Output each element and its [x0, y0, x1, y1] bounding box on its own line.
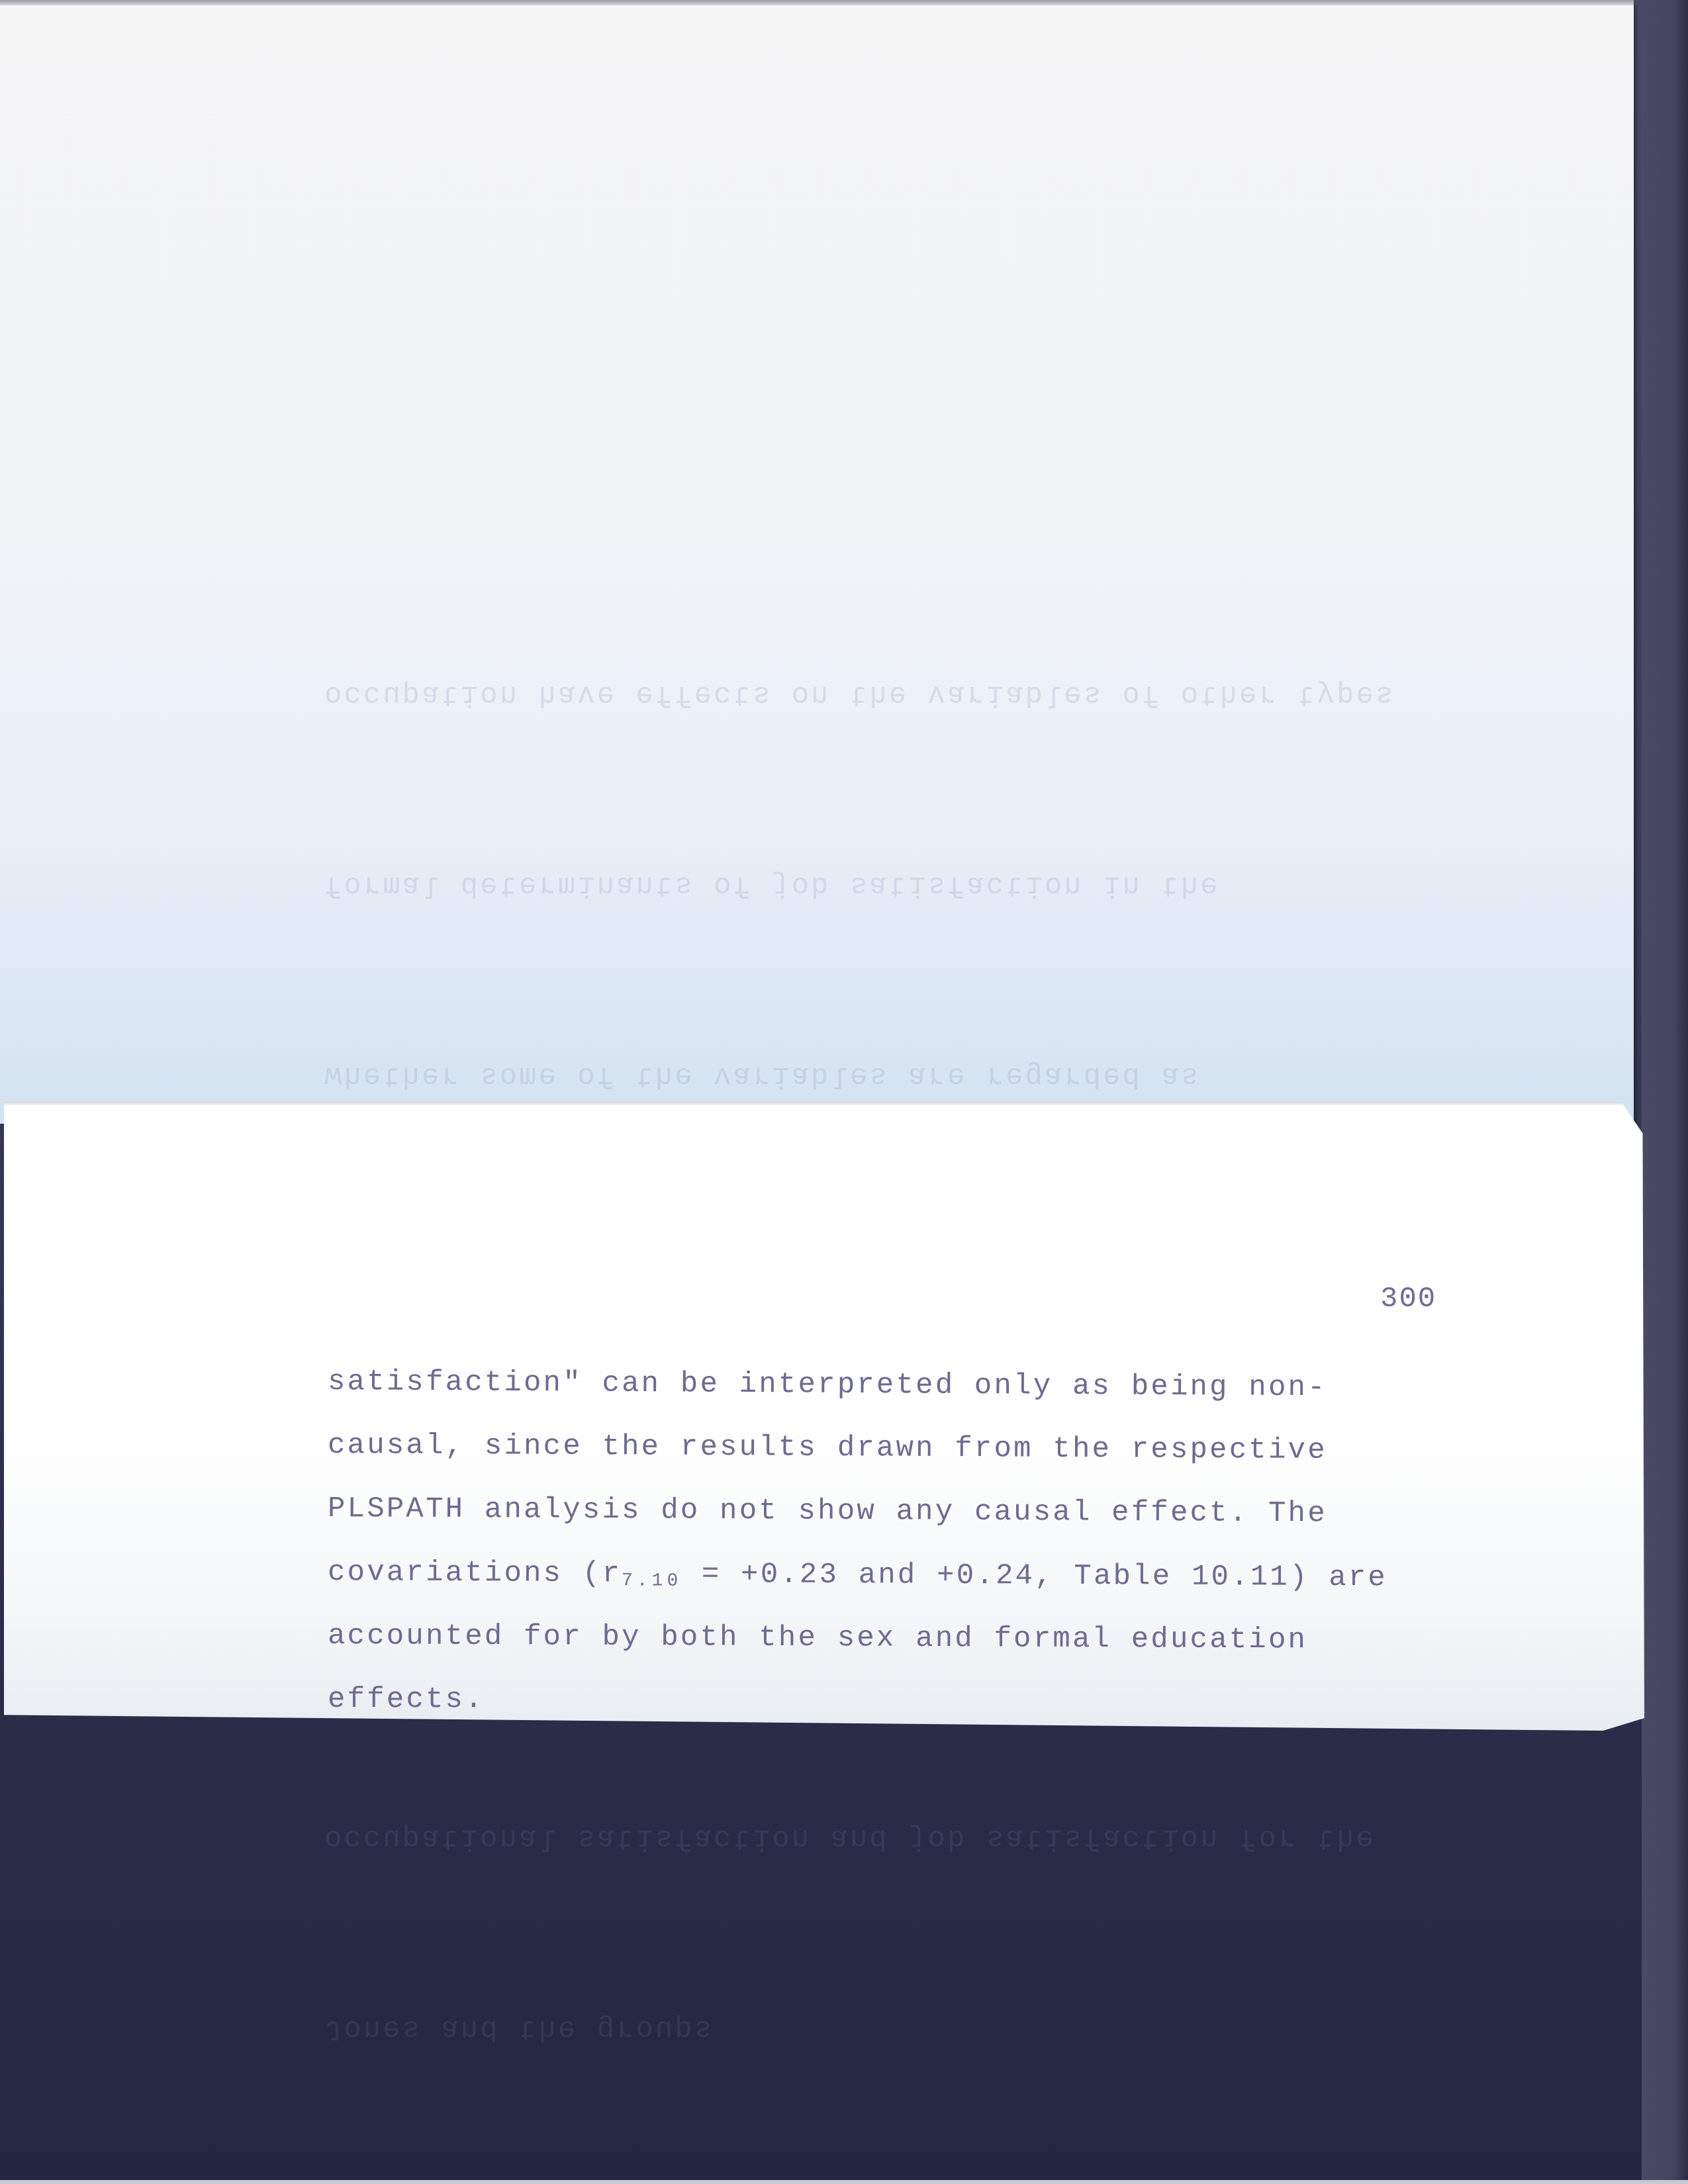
text-line: effects. — [328, 1668, 1519, 1733]
page-fold-shadow — [4, 1102, 1644, 1106]
scan-bottom-edge — [0, 2180, 1688, 2184]
page-number: 300 — [1380, 1283, 1436, 1316]
text-line: covariations (r7.10 = +0.23 and +0.24, T… — [328, 1541, 1519, 1610]
page-top-edge — [0, 0, 1634, 5]
correlation-subscript: 7.10 — [622, 1570, 682, 1591]
text-line: satisfaction" can be interpreted only as… — [328, 1350, 1520, 1421]
bleed-line: Jones and the groups — [324, 1997, 1390, 2060]
bleed-line: occupation have effects on the variables… — [324, 662, 1390, 726]
scanner-edge — [1642, 0, 1688, 2184]
bleed-line: occupational satisfaction and job satisf… — [324, 1806, 1390, 1870]
text-fragment: = +0.23 and +0.24, Table 10.11) are — [682, 1558, 1387, 1595]
bleed-line: whether some of the variables are regard… — [324, 1044, 1390, 1107]
body-paragraph: satisfaction" can be interpreted only as… — [328, 1350, 1519, 1731]
bleed-line: formal determinants of job satisfaction … — [324, 853, 1390, 917]
text-line: accounted for by both the sex and formal… — [328, 1604, 1519, 1673]
text-line: causal, since the results drawn from the… — [328, 1414, 1519, 1483]
text-fragment: covariations (r — [328, 1556, 622, 1590]
text-line: PLSPATH analysis do not show any causal … — [328, 1477, 1519, 1547]
